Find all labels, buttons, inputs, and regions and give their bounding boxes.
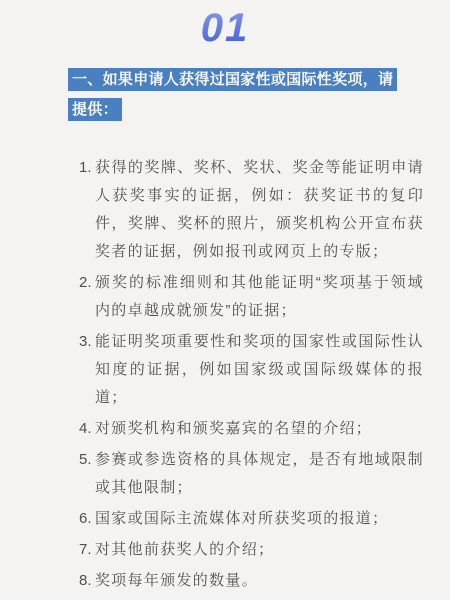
list-item: 6. 国家或国际主流媒体对所获奖项的报道；: [79, 505, 424, 533]
requirements-list: 1. 获得的奖牌、奖杯、奖状、奖金等能证明申请人获奖事实的证据，例如：获奖证书的…: [79, 154, 424, 595]
section-number: 01: [0, 6, 450, 50]
list-item: 1. 获得的奖牌、奖杯、奖状、奖金等能证明申请人获奖事实的证据，例如：获奖证书的…: [79, 154, 424, 266]
list-item-number: 8.: [79, 567, 95, 595]
list-item-number: 6.: [79, 505, 95, 533]
list-item-text: 对其他前获奖人的介绍；: [95, 536, 424, 564]
document-page: 01 一、如果申请人获得过国家性或国际性奖项，请提供： 1. 获得的奖牌、奖杯、…: [0, 0, 450, 600]
list-item: 5. 参赛或参选资格的具体规定，是否有地域限制或其他限制；: [79, 446, 424, 502]
list-item: 3. 能证明奖项重要性和奖项的国家性或国际性认知度的证据，例如国家级或国际级媒体…: [79, 328, 424, 412]
list-item-text: 国家或国际主流媒体对所获奖项的报道；: [95, 505, 424, 533]
list-item-number: 3.: [79, 328, 95, 412]
section-heading: 一、如果申请人获得过国家性或国际性奖项，请提供：: [68, 65, 402, 125]
list-item-number: 1.: [79, 154, 95, 266]
list-item-text: 参赛或参选资格的具体规定，是否有地域限制或其他限制；: [95, 446, 424, 502]
list-item: 7. 对其他前获奖人的介绍；: [79, 536, 424, 564]
list-item-text: 获得的奖牌、奖杯、奖状、奖金等能证明申请人获奖事实的证据，例如：获奖证书的复印件…: [95, 154, 424, 266]
list-item-text: 奖项每年颁发的数量。: [95, 567, 424, 595]
list-item-number: 2.: [79, 269, 95, 325]
section-heading-text: 一、如果申请人获得过国家性或国际性奖项，请提供：: [68, 68, 397, 121]
list-item-number: 4.: [79, 415, 95, 443]
list-item-text: 颁奖的标准细则和其他能证明“奖项基于领域内的卓越成就颁发”的证据；: [95, 269, 424, 325]
list-item: 8. 奖项每年颁发的数量。: [79, 567, 424, 595]
list-item: 2. 颁奖的标准细则和其他能证明“奖项基于领域内的卓越成就颁发”的证据；: [79, 269, 424, 325]
list-item-text: 能证明奖项重要性和奖项的国家性或国际性认知度的证据，例如国家级或国际级媒体的报道…: [95, 328, 424, 412]
list-item: 4. 对颁奖机构和颁奖嘉宾的名望的介绍；: [79, 415, 424, 443]
list-item-text: 对颁奖机构和颁奖嘉宾的名望的介绍；: [95, 415, 424, 443]
list-item-number: 5.: [79, 446, 95, 502]
list-item-number: 7.: [79, 536, 95, 564]
